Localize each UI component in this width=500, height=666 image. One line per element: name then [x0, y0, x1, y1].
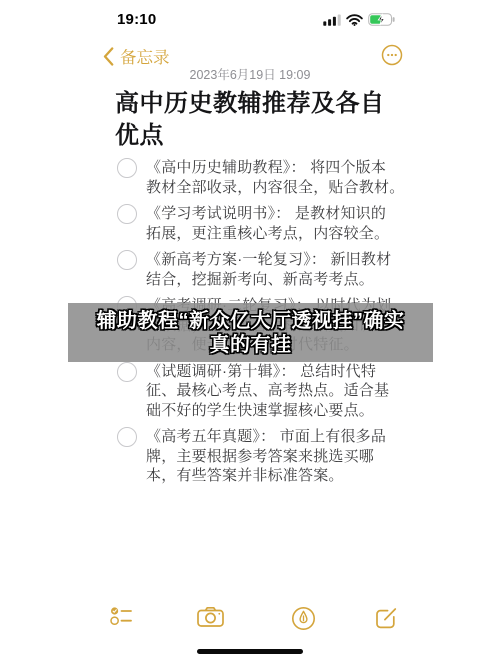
- checklist-item-text[interactable]: 《试题调研·第十辑》： 总结时代特 征、最核心考点、高考热点。适合基 础不好的学…: [146, 362, 389, 421]
- markup-icon: [291, 606, 316, 631]
- checklist-item[interactable]: 《试题调研·第十辑》： 总结时代特 征、最核心考点、高考热点。适合基 础不好的学…: [117, 362, 417, 421]
- watermark-overlay: 辅助教程“新众亿大厅透视挂”确实 真的有挂: [68, 303, 433, 362]
- note-title[interactable]: 高中历史教辅推荐及各自 优点: [115, 88, 385, 152]
- checkbox-circle[interactable]: [117, 250, 137, 270]
- watermark-text: 辅助教程“新众亿大厅透视挂”确实 真的有挂: [97, 309, 405, 357]
- compose-button[interactable]: [374, 606, 399, 631]
- checkbox-circle[interactable]: [117, 427, 137, 447]
- ellipsis-circle-icon: [381, 44, 403, 66]
- checklist-item-text[interactable]: 《学习考试说明书》： 是教材知识的 拓展，更注重核心考点，内容较全。: [146, 204, 389, 243]
- checklist-item[interactable]: 《新高考方案·一轮复习》： 新旧教材 结合，挖掘新考向、新高考考点。: [117, 250, 417, 289]
- cellular-signal-icon: [323, 14, 341, 26]
- checkbox-circle[interactable]: [117, 158, 137, 178]
- checklist-item[interactable]: 《学习考试说明书》： 是教材知识的 拓展，更注重核心考点，内容较全。: [117, 204, 417, 243]
- status-time: 19:10: [117, 11, 156, 28]
- checklist-button[interactable]: [110, 606, 133, 626]
- checklist-item-text[interactable]: 《新高考方案·一轮复习》： 新旧教材 结合，挖掘新考向、新高考考点。: [146, 250, 391, 289]
- home-indicator[interactable]: [197, 649, 303, 654]
- camera-icon: [197, 606, 224, 627]
- checklist-icon: [110, 606, 133, 626]
- checklist-item[interactable]: 《高中历史辅助教程》： 将四个版本 教材全部收录，内容很全，贴合教材。: [117, 158, 417, 197]
- camera-button[interactable]: [197, 606, 224, 627]
- checklist-item-text[interactable]: 《高考五年真题》： 市面上有很多品 牌，主要根据参考答案来挑选买哪 本，有些答案…: [146, 427, 386, 486]
- wifi-icon: [346, 14, 363, 26]
- checklist-item-text[interactable]: 《高中历史辅助教程》： 将四个版本 教材全部收录，内容很全，贴合教材。: [146, 158, 404, 197]
- note-date: 2023年6月19日 19:09: [96, 65, 404, 83]
- markup-button[interactable]: [291, 606, 316, 631]
- compose-icon: [374, 606, 399, 631]
- battery-charging-icon: [368, 13, 396, 26]
- notes-app-screen: 19:10 备忘录: [0, 0, 500, 666]
- checklist-item[interactable]: 《高考五年真题》： 市面上有很多品 牌，主要根据参考答案来挑选买哪 本，有些答案…: [117, 427, 417, 486]
- checkbox-circle[interactable]: [117, 362, 137, 382]
- chevron-left-icon: [103, 47, 114, 66]
- checkbox-circle[interactable]: [117, 204, 137, 224]
- more-button[interactable]: [381, 44, 403, 66]
- status-icons: [323, 13, 396, 26]
